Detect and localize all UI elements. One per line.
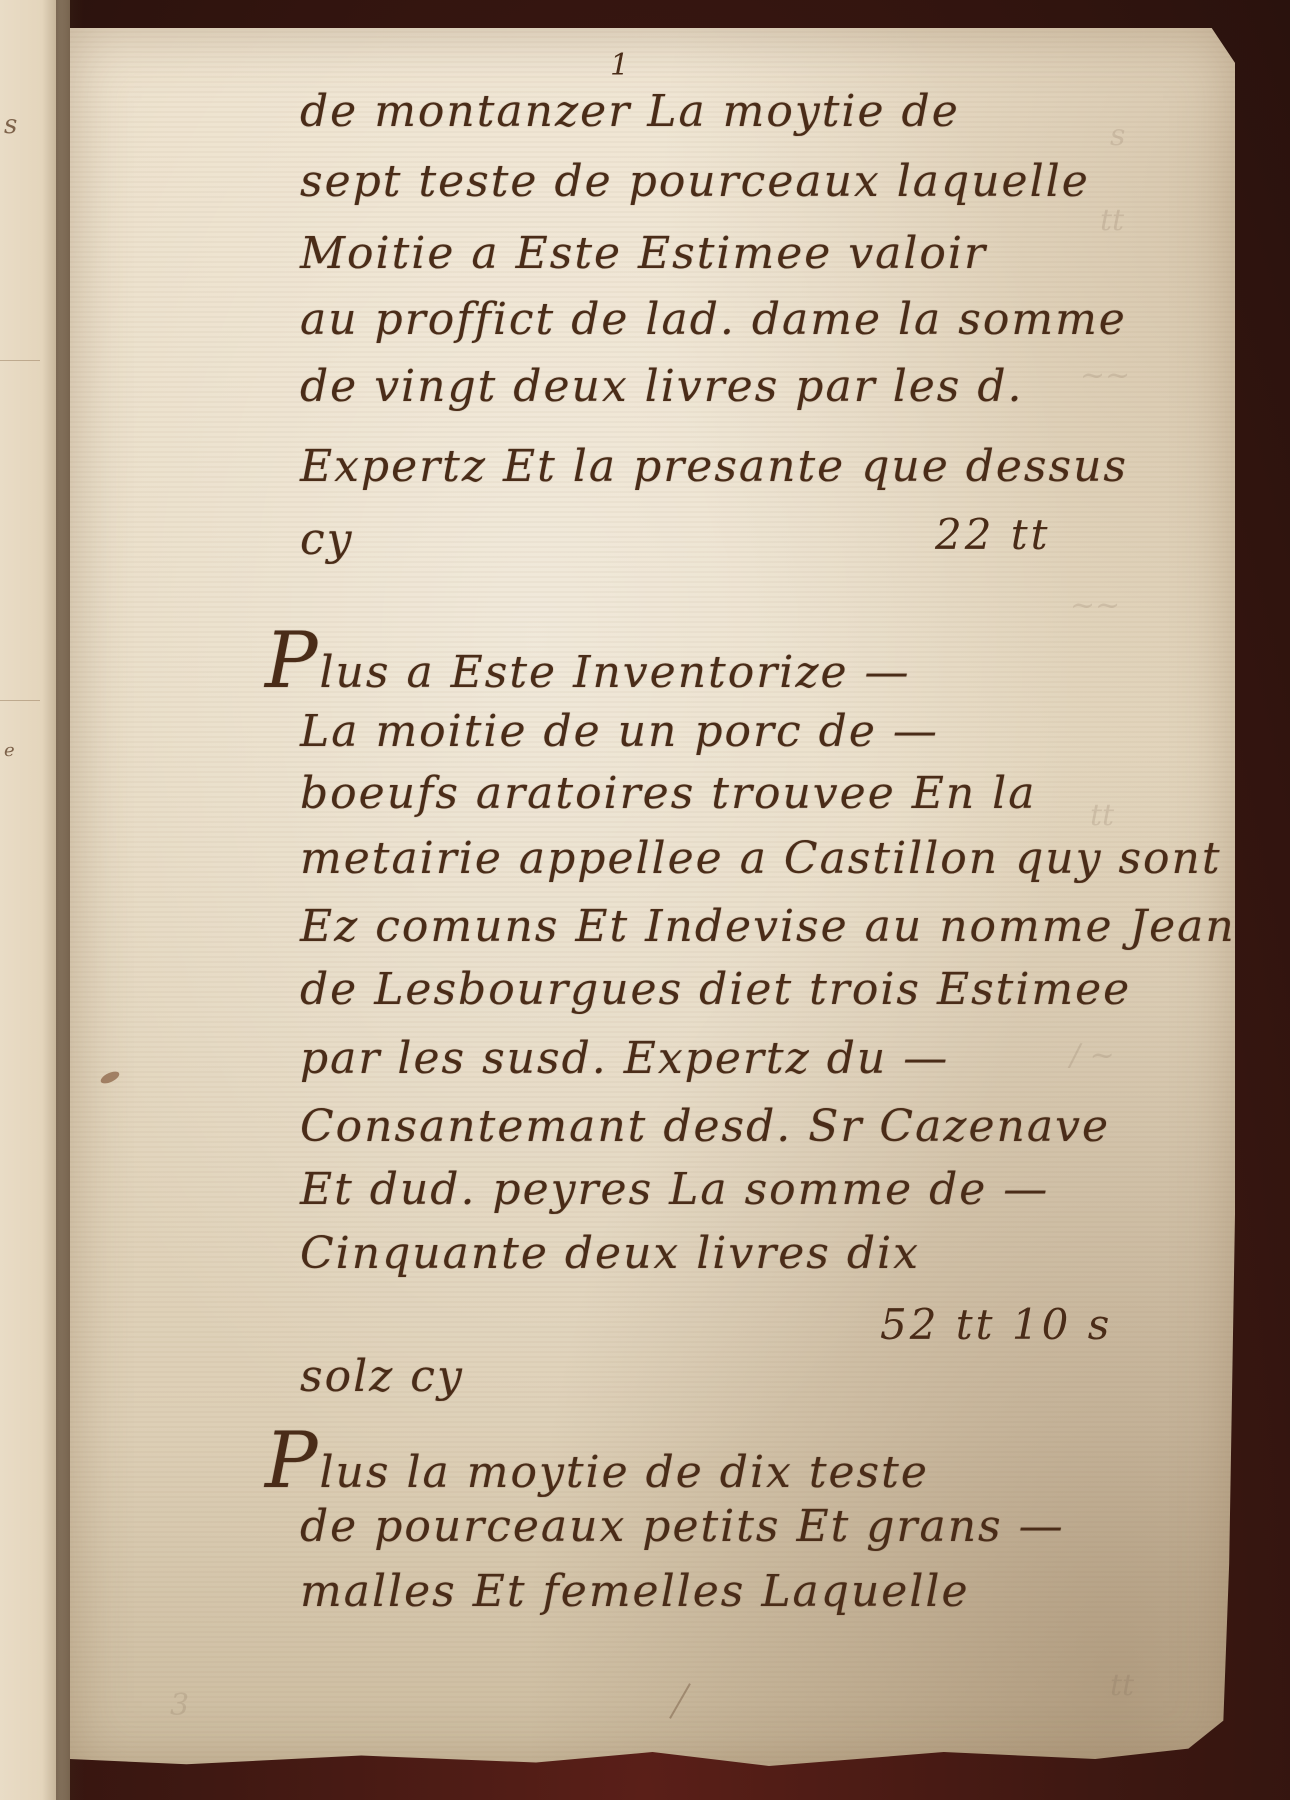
- manuscript-line: malles Et femelles Laquelle: [300, 1570, 970, 1614]
- facing-page-margin-text: e: [4, 740, 15, 761]
- manuscript-line: Consantemant desd. Sr Cazenave: [300, 1105, 1110, 1149]
- bleed-through-text: tt: [1100, 203, 1124, 238]
- manuscript-line: de pourceaux petits Et grans —: [300, 1505, 1065, 1549]
- bleed-through-text: tt: [1090, 798, 1114, 833]
- manuscript-line: Et dud. peyres La somme de —: [300, 1168, 1049, 1212]
- bleed-through-text: s: [1110, 118, 1125, 153]
- line-amount: 22 tt: [935, 510, 1051, 559]
- manuscript-line: par les susd. Expertz du —: [300, 1037, 949, 1081]
- bleed-through-text: ~~: [1070, 588, 1120, 623]
- bleed-through-text: 3: [170, 1688, 189, 1723]
- page-number: 1: [610, 48, 629, 83]
- facing-page-margin-text: s: [4, 110, 17, 140]
- facing-page-rule: [0, 700, 40, 701]
- manuscript-line: au proffict de lad. dame la somme: [300, 298, 1127, 342]
- manuscript-line: solz cy: [300, 1355, 464, 1399]
- manuscript-line: sept teste de pourceaux laquelle: [300, 160, 1090, 204]
- ink-stain: [99, 1069, 121, 1086]
- manuscript-line: boeufs aratoires trouvee En la: [300, 772, 1036, 816]
- bleed-through-text: ~~: [1080, 358, 1130, 393]
- bleed-through-text: / ~: [1070, 1038, 1115, 1073]
- manuscript-line: metairie appellee a Castillon quy sont: [300, 837, 1222, 881]
- manuscript-line: Moitie a Este Estimee valoir: [300, 232, 987, 276]
- line-amount: 52 tt 10 s: [880, 1300, 1112, 1349]
- manuscript-line: de vingt deux livres par les d.: [300, 365, 1024, 409]
- manuscript-line: de Lesbourgues diet trois Estimee: [300, 968, 1131, 1012]
- manuscript-line: Cinquante deux livres dix: [300, 1232, 920, 1276]
- manuscript-line: Plus la moytie de dix teste: [265, 1422, 929, 1500]
- manuscript-line: Expertz Et la presante que dessus: [300, 445, 1128, 489]
- facing-page-rule: [0, 360, 40, 361]
- manuscript-line: La moitie de un porc de —: [300, 710, 939, 754]
- manuscript-line: de montanzer La moytie de: [300, 90, 960, 134]
- manuscript-line: Ez comuns Et Indevise au nomme Jean: [300, 905, 1236, 949]
- bleed-through-text: tt: [1110, 1668, 1134, 1703]
- manuscript-line: Plus a Este Inventorize —: [265, 622, 911, 700]
- manuscript-line: cy: [300, 518, 354, 562]
